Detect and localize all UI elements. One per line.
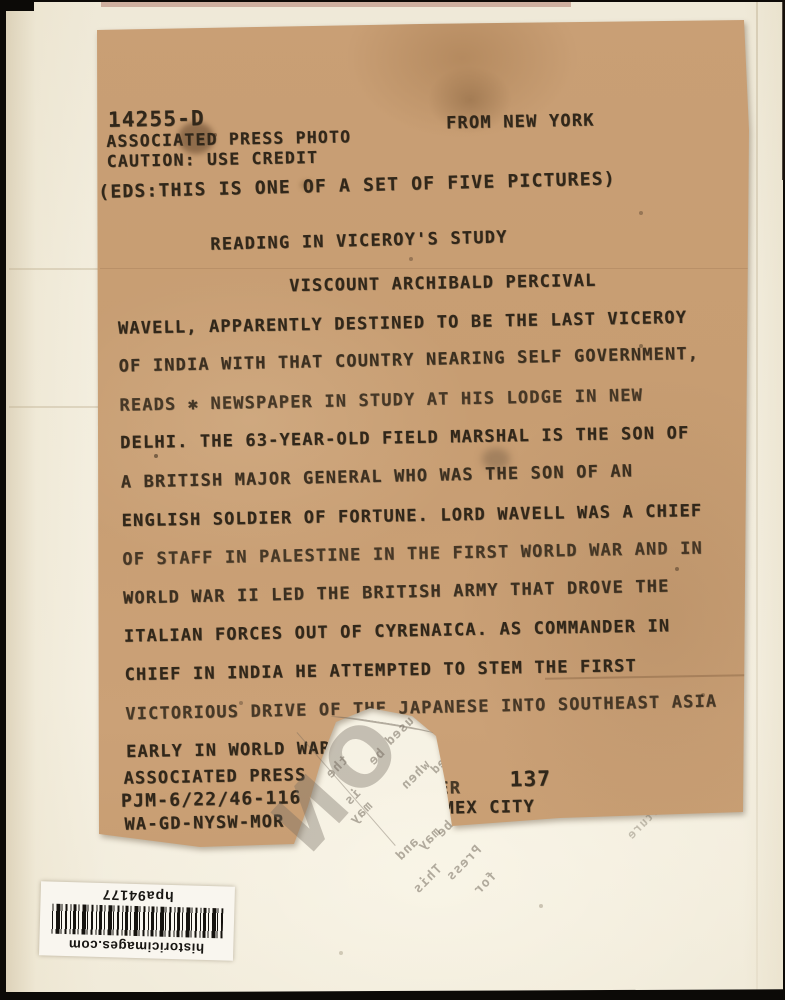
footer-fragment: VER bbox=[427, 778, 462, 799]
barcode-icon bbox=[51, 904, 224, 939]
origin-line: FROM NEW YORK bbox=[446, 111, 595, 134]
caption-paper-wrap: 14255-D ASSOCIATED PRESS PHOTO CAUTION: … bbox=[0, 0, 785, 1000]
caption-paper: 14255-D ASSOCIATED PRESS PHOTO CAUTION: … bbox=[0, 0, 785, 1000]
typewritten-caption: 14255-D ASSOCIATED PRESS PHOTO CAUTION: … bbox=[0, 0, 785, 1000]
caption-body: VISCOUNT ARCHIBALD PERCIVAL WAVELL, APPA… bbox=[117, 268, 767, 782]
footer-credit: ASSOCIATED PRESS bbox=[123, 765, 306, 789]
press-photo-back-scan: the is be may used when reproduced This … bbox=[0, 0, 785, 1000]
scan-edge-left bbox=[0, 0, 6, 1000]
barcode-sticker: historicimages.com hpa94177 bbox=[39, 881, 235, 960]
footer-slug-date: PJM-6/22/46-116 bbox=[121, 787, 302, 811]
footer-number: 137 bbox=[509, 767, 551, 792]
editors-note: (EDS:THIS IS ONE OF A SET OF FIVE PICTUR… bbox=[98, 168, 616, 203]
scan-edge-top-left bbox=[0, 0, 34, 11]
footer-destination: PA-MEX CITY bbox=[409, 797, 535, 819]
footer-routing: WA-GD-NYSW-MOR bbox=[124, 812, 284, 835]
caution-line: CAUTION: USE CREDIT bbox=[107, 148, 319, 171]
barcode-website-label: historicimages.com bbox=[68, 937, 204, 956]
barcode-code-label: hpa94177 bbox=[102, 887, 174, 905]
caption-title: READING IN VICEROY'S STUDY bbox=[210, 228, 508, 255]
photo-id: 14255-D bbox=[108, 106, 205, 132]
